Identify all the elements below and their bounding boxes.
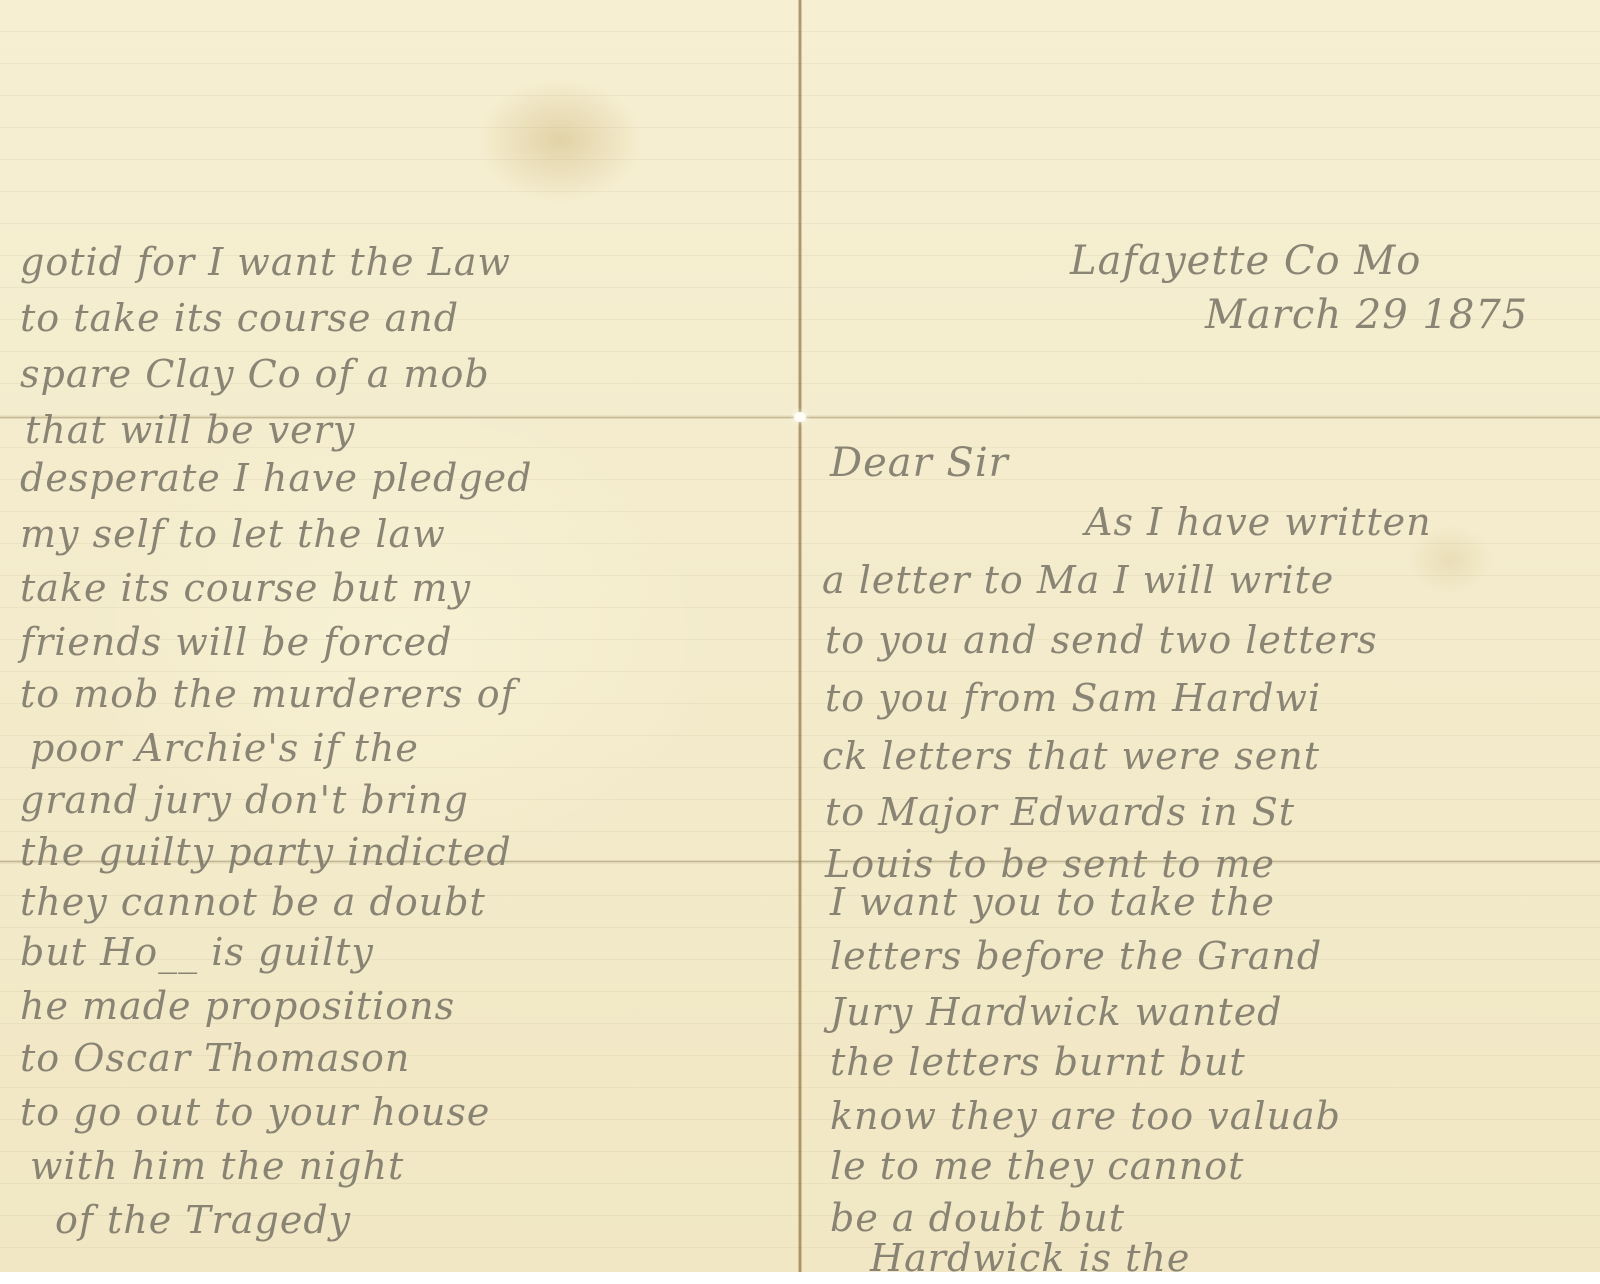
left-line: friends will be forced [20,620,452,664]
left-line: the guilty party indicted [20,830,512,874]
left-line: that will be very [25,408,355,452]
right-line: to you and send two letters [825,618,1378,662]
left-line: to mob the murderers of [20,672,516,716]
left-line: poor Archie's if the [30,726,419,770]
left-line: spare Clay Co of a mob [20,352,490,396]
right-line: le to me they cannot [830,1144,1244,1188]
right-line: I want you to take the [830,880,1275,924]
left-line: of the Tragedy [55,1198,351,1242]
right-line: to Major Edwards in St [825,790,1295,834]
right-line: letters before the Grand [830,934,1322,978]
right-line: be a doubt but [830,1196,1125,1240]
left-line: with him the night [30,1144,404,1188]
left-line: my self to let the law [20,512,446,556]
right-line: a letter to Ma I will write [822,558,1334,602]
left-line: to take its course and [20,296,459,340]
left-line: they cannot be a doubt [20,880,486,924]
left-line: but Ho__ is guilty [20,930,374,974]
letter-date: March 29 1875 [1205,292,1528,338]
right-line: As I have written [1085,500,1432,544]
vertical-fold-crease [798,0,802,1284]
right-line: Jury Hardwick wanted [830,990,1283,1034]
letter-place: Lafayette Co Mo [1070,238,1421,284]
left-line: gotid for I want the Law [20,240,511,284]
left-line: desperate I have pledged [20,456,532,500]
left-line: grand jury don't bring [20,778,469,822]
fold-pinhole [794,412,806,422]
right-line: ck letters that were sent [822,734,1320,778]
letter-scan: Lafayette Co Mo March 29 1875 Dear Sir A… [0,0,1600,1284]
right-line: the letters burnt but [830,1040,1246,1084]
right-line: know they are too valuab [830,1094,1341,1138]
left-line: to go out to your house [20,1090,490,1134]
scan-border [0,1272,1600,1284]
salutation: Dear Sir [830,440,1009,486]
left-line: take its course but my [20,566,471,610]
left-line: to Oscar Thomason [20,1036,410,1080]
left-line: he made propositions [20,984,455,1028]
right-line: to you from Sam Hardwi [825,676,1321,720]
